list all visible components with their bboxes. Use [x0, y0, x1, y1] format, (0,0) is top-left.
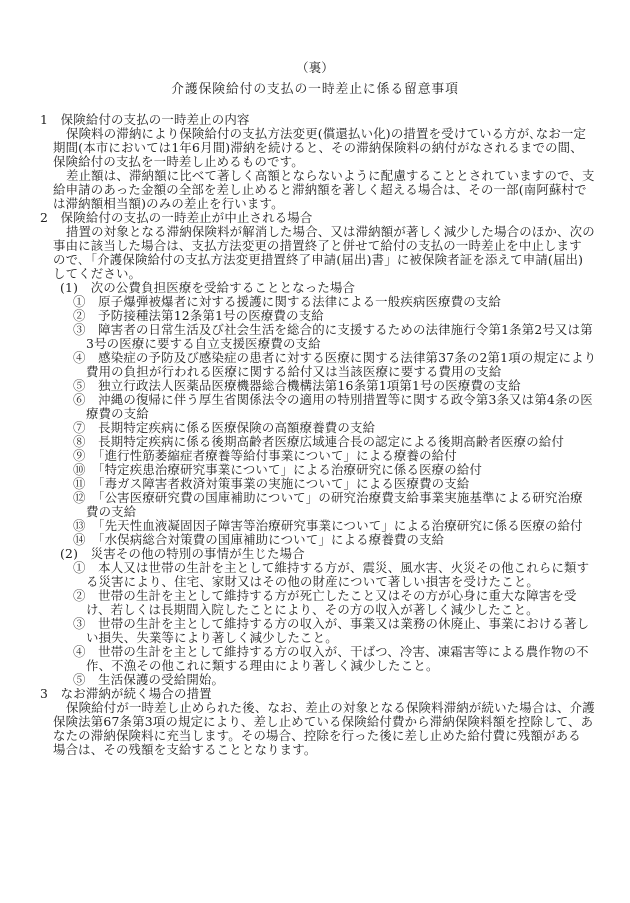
text-line: ⑬ 「先天性血液凝固因子障害等治療研究事業について」による治療研究に係る医療の給…: [73, 519, 583, 533]
text-line: 給申請のあった金額の全部を差し止めると滞納額を著しく超える場合は、その一部(南阿…: [53, 183, 587, 197]
text-line: 費の支給: [86, 505, 136, 519]
text-line: ⑤ 生活保護の受給開始。: [73, 673, 224, 687]
text-line: 差止額は、滞納額に比べて著しく高額とならないように配慮することとされていますので…: [66, 169, 595, 183]
text-line: 療費の支給: [86, 407, 149, 421]
text-line: ② 予防接種法第12条第1号の医療費の支給: [73, 309, 324, 323]
text-line: 期間(本市においては1年6月間)滞納を続けると、その滞納保険料の納付がなされるま…: [53, 141, 583, 155]
text-line: ⑥ 沖縄の復帰に伴う厚生省関係法令の適用の特別措置等に関する政令第3条又は第4条…: [73, 393, 593, 407]
text-line: 2 保険給付の支払の一時差止が中止される場合: [40, 211, 313, 225]
text-line: 保険法第67条第3項の規定により、差し止めている保険給付費から滞納保険料額を控除…: [53, 715, 593, 729]
text-line: 1 保険給付の支払の一時差止の内容: [40, 113, 250, 127]
document-page: （裏） 介護保険給付の支払の一時差止に係る留意事項 1 保険給付の支払の一時差止…: [0, 0, 630, 903]
text-line: ⑩ 「特定疾患治療研究事業について」による治療研究に係る医療の給付: [73, 463, 482, 477]
text-line: ④ 世帯の生計を主として維持する方の収入が、干ばつ、冷害、凍霜害等による農作物の…: [73, 645, 589, 659]
text-line: 場合は、その残額を支給することとなります。: [53, 743, 316, 757]
text-line: ので､「介護保険給付の支払方法変更措置終了申請(届出)書」に被保険者証を添えて申…: [53, 253, 583, 267]
text-line: は滞納額相当額)のみの差止を行います。: [53, 197, 284, 211]
text-line: 費用の負担が行われる医療に関する給付又は当該医療に要する費用の支給: [86, 365, 502, 379]
text-line: ④ 感染症の予防及び感染症の患者に対する医療に関する法律第37条の2第1項の規定…: [73, 351, 596, 365]
text-line: ② 世帯の生計を主として維持する方が死亡したこと又はその方が心身に重大な障害を受: [73, 589, 577, 603]
text-line: い損失、失業等により著しく減少したこと。: [86, 631, 338, 645]
text-line: 保険料の滞納により保険給付の支払方法変更(償還払い化)の措置を受けている方が､な…: [66, 127, 586, 141]
text-line: ⑨ 「進行性筋萎縮症者療養等給付事業について」による療養の給付: [73, 449, 457, 463]
text-line: 保険給付が一時差し止められた後、なお、差止の対象となる保険料滞納が続いた場合は、…: [66, 701, 595, 715]
text-line: ③ 障害者の日常生活及び社会生活を総合的に支援するための法律施行令第1条第2号又…: [73, 323, 593, 337]
side-label: （裏）: [0, 61, 630, 75]
text-line: してください。: [53, 267, 141, 281]
text-line: ① 本人又は世帯の生計を主として維持する方が、震災、風水害、火災その他これらに類…: [73, 561, 589, 575]
text-line: ⑦ 長期特定疾病に係る医療保険の高額療養費の支給: [73, 421, 375, 435]
text-line: ⑪ 「毒ガス障害者救済対策事業の実施について」による医療費の支給: [73, 477, 469, 491]
text-line: 3 なお滞納が続く場合の措置: [40, 687, 212, 701]
text-line: 保険給付の支払を一時差し止めるものです。: [53, 155, 304, 169]
text-line: る災害により、住宅、家財又はその他の財産について著しい損害を受けたこと。: [86, 575, 539, 589]
text-line: け、若しくは長期間入院したことにより、その方の収入が著しく減少したこと。: [86, 603, 539, 617]
text-line: ③ 世帯の生計を主として維持する方の収入が、事業又は業務の休廃止、事業における著…: [73, 617, 589, 631]
text-line: 措置の対象となる滞納保険料が解消した場合、又は滞納額が著しく減少した場合のほか、…: [66, 225, 595, 239]
text-line: ① 原子爆弾被爆者に対する援護に関する法律による一般疾病医療費の支給: [73, 295, 501, 309]
text-line: 作、不漁その他これに類する理由により著しく減少したこと。: [86, 659, 439, 673]
text-line: 事由に該当した場合は、支払方法変更の措置終了と併せて給付の支払の一時差止を中止し…: [53, 239, 582, 253]
text-line: (2) 災害その他の特別の事情が生じた場合: [60, 547, 305, 561]
text-line: ⑫ 「公害医療研究費の国庫補助について」の研究治療費支給事業実施基準による研究治…: [73, 491, 583, 505]
page-title: 介護保険給付の支払の一時差止に係る留意事項: [0, 83, 630, 97]
text-line: なたの滞納保険料に充当します。その場合、控除を行った後に差し止めた給付費に残額が…: [53, 729, 581, 743]
text-line: ⑭ 「水俣病総合対策費の国庫補助について」による療養費の支給: [73, 533, 444, 547]
text-line: ⑧ 長期特定疾病に係る後期高齢者医療広域連合長の認定による後期高齢者医療の給付: [73, 435, 564, 449]
text-line: ⑤ 独立行政法人医薬品医療機器総合機構法第16条第1項第1号の医療費の支給: [73, 379, 521, 393]
text-line: (1) 次の公費負担医療を受給することとなった場合: [60, 281, 355, 295]
text-line: 3号の医療に要する自立支援医療費の支給: [86, 337, 321, 351]
